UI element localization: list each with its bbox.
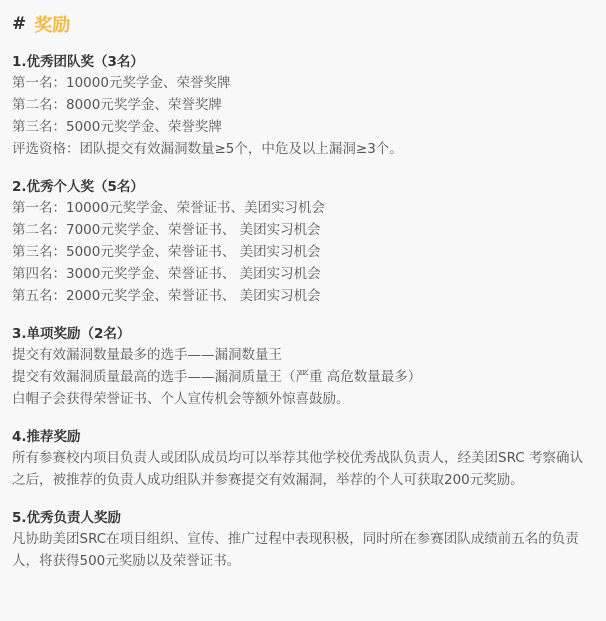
- paragraph: 所有参赛校内项目负责人或团队成员均可以举荐其他学校优秀战队负责人，经美团SRC …: [12, 447, 594, 491]
- section-referral-award: 4.推荐奖励 所有参赛校内项目负责人或团队成员均可以举荐其他学校优秀战队负责人，…: [12, 427, 594, 491]
- list-item: 第二名：7000元奖学金、荣誉证书、 美团实习机会: [12, 219, 594, 241]
- list-item: 第五名：2000元奖学金、荣誉证书、 美团实习机会: [12, 285, 594, 307]
- list-item: 第三名：5000元奖学金、荣誉证书、 美团实习机会: [12, 241, 594, 263]
- section-team-award: 1.优秀团队奖（3名） 第一名：10000元奖学金、荣誉奖牌 第二名：8000元…: [12, 52, 594, 160]
- list-item: 第一名：10000元奖学金、荣誉奖牌: [12, 72, 594, 94]
- page-title: # 奖励: [12, 0, 594, 50]
- list-item: 提交有效漏洞质量最高的选手——漏洞质量王（严重 高危数量最多）: [12, 366, 594, 388]
- section-individual-award: 2.优秀个人奖（5名） 第一名：10000元奖学金、荣誉证书、美团实习机会 第二…: [12, 177, 594, 307]
- list-item: 白帽子会获得荣誉证书、个人宣传机会等额外惊喜鼓励。: [12, 388, 594, 410]
- section-heading: 4.推荐奖励: [12, 427, 594, 447]
- paragraph: 凡协助美团SRC在项目组织、宣传、推广过程中表现积极，同时所在参赛团队成绩前五名…: [12, 528, 594, 572]
- title-text: 奖励: [34, 11, 70, 37]
- rewards-document: # 奖励 1.优秀团队奖（3名） 第一名：10000元奖学金、荣誉奖牌 第二名：…: [0, 0, 606, 572]
- section-heading: 1.优秀团队奖（3名）: [12, 52, 594, 72]
- list-item: 第一名：10000元奖学金、荣誉证书、美团实习机会: [12, 197, 594, 219]
- section-heading: 3.单项奖励（2名）: [12, 324, 594, 344]
- heading-marker: #: [12, 14, 26, 34]
- list-item: 提交有效漏洞数量最多的选手——漏洞数量王: [12, 344, 594, 366]
- list-item: 第三名：5000元奖学金、荣誉奖牌: [12, 116, 594, 138]
- section-leader-award: 5.优秀负责人奖励 凡协助美团SRC在项目组织、宣传、推广过程中表现积极，同时所…: [12, 508, 594, 572]
- section-single-item-award: 3.单项奖励（2名） 提交有效漏洞数量最多的选手——漏洞数量王 提交有效漏洞质量…: [12, 324, 594, 410]
- section-heading: 2.优秀个人奖（5名）: [12, 177, 594, 197]
- section-heading: 5.优秀负责人奖励: [12, 508, 594, 528]
- list-item: 评选资格：团队提交有效漏洞数量≥5个，中危及以上漏洞≥3个。: [12, 138, 594, 160]
- list-item: 第四名：3000元奖学金、荣誉证书、 美团实习机会: [12, 263, 594, 285]
- list-item: 第二名：8000元奖学金、荣誉奖牌: [12, 94, 594, 116]
